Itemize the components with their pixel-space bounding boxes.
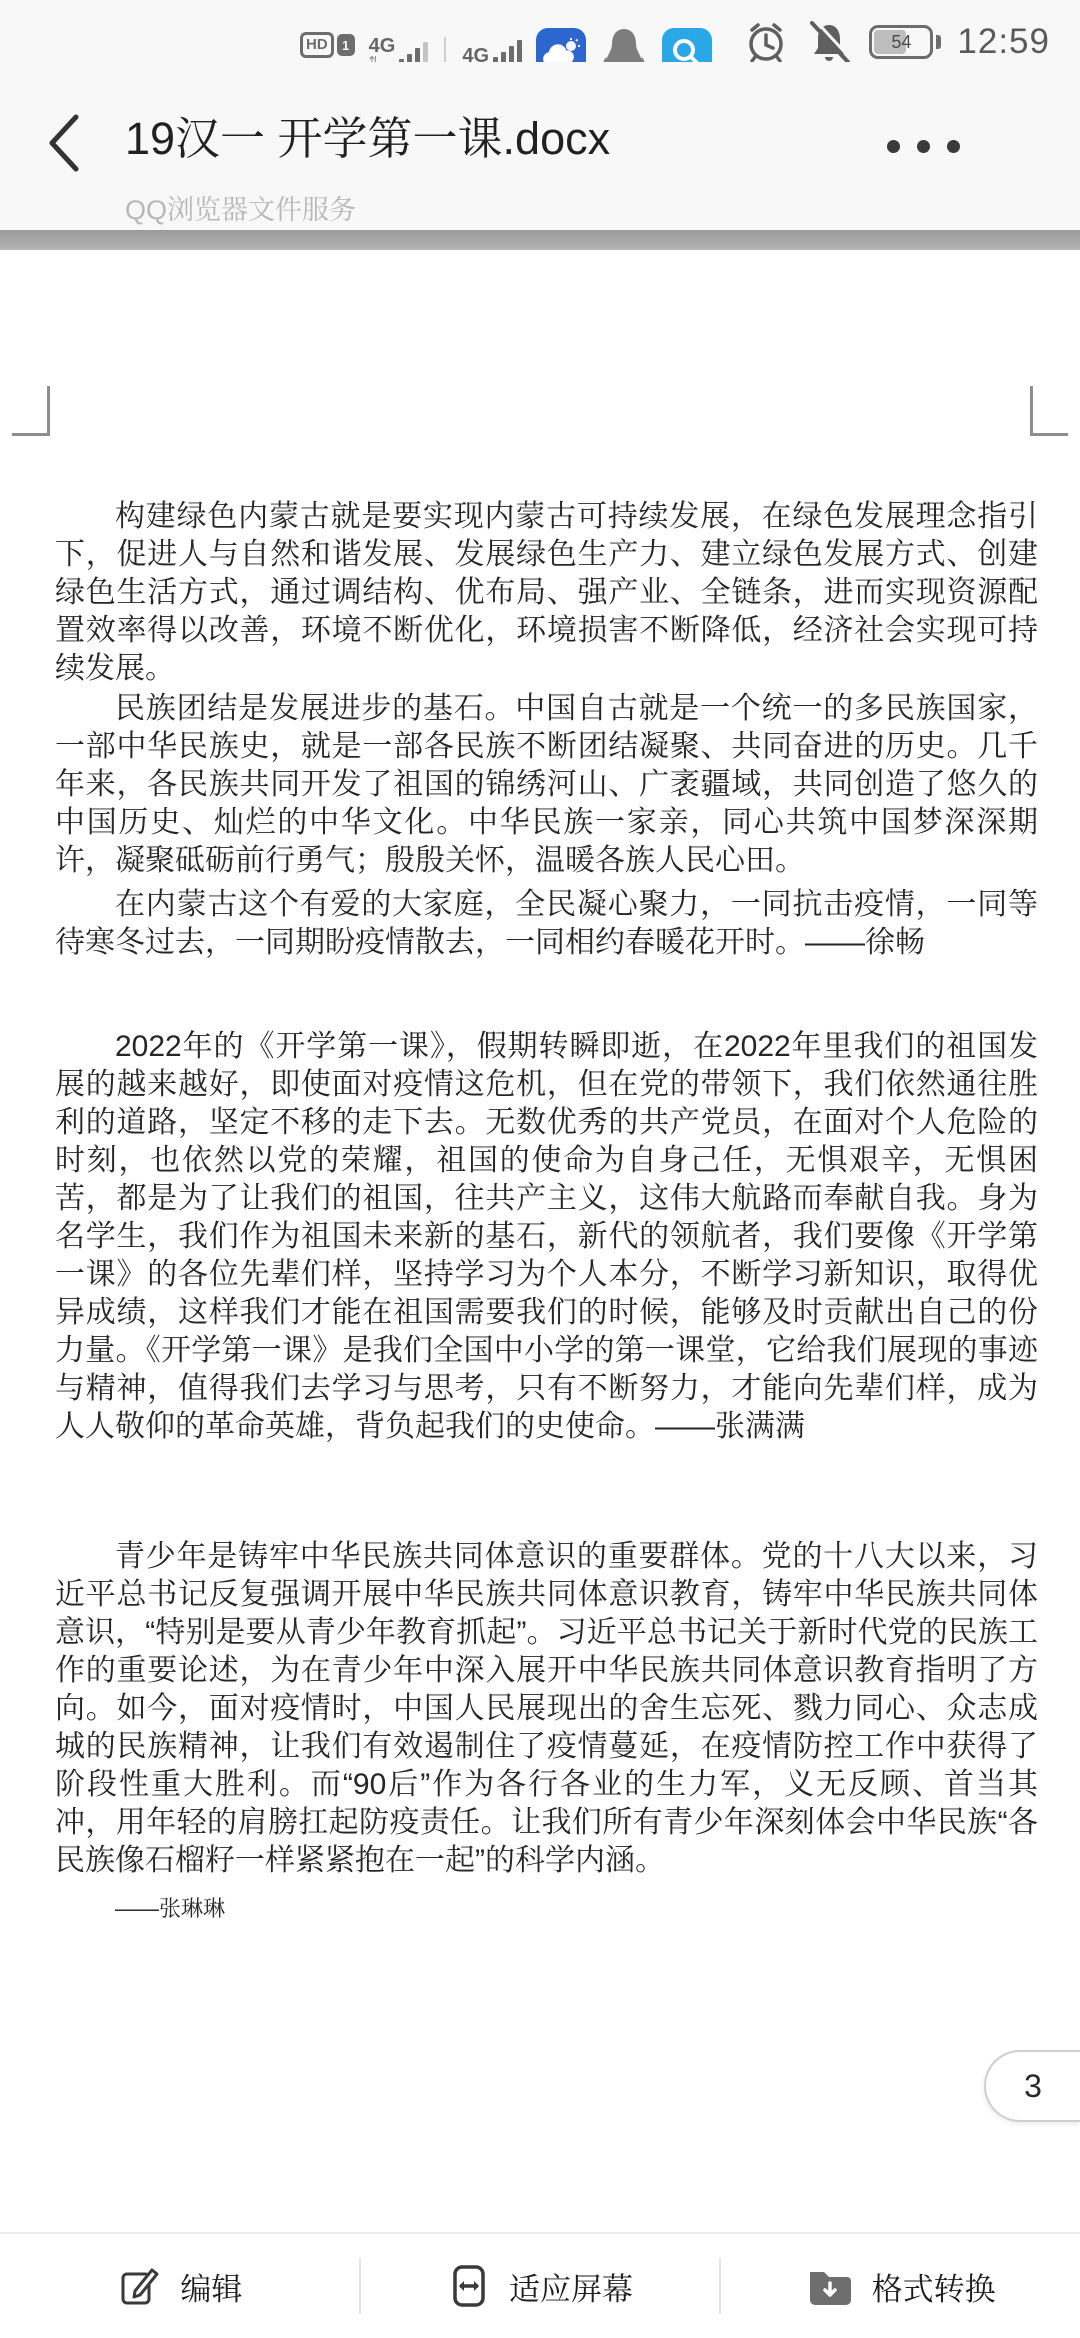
battery-percent: 54: [872, 28, 930, 56]
margin-corner-right: [1030, 386, 1068, 436]
header-separator-band: [0, 230, 1080, 250]
document-page[interactable]: 构建绿色内蒙古就是要实现内蒙古可持续发展，在绿色发展理念指引下，促进人与自然和谐…: [0, 250, 1080, 2232]
margin-corner-left: [12, 386, 50, 436]
chevron-left-icon: [46, 112, 82, 174]
paragraph: 2022年的《开学第一课》，假期转瞬即逝，在2022年里我们的祖国发展的越来越好…: [55, 1028, 1038, 1446]
notification-mute-bell-icon: [805, 18, 853, 66]
document-text: 构建绿色内蒙古就是要实现内蒙古可持续发展，在绿色发展理念指引下，促进人与自然和谐…: [0, 250, 1080, 1924]
signal-sim2-icon: 4G: [462, 39, 522, 65]
page-number-indicator[interactable]: 3: [984, 2050, 1080, 2122]
status-bar: HD 1 HD 2 4G ⇅ 4G: [0, 0, 1080, 62]
hd1-icon: HD 1: [300, 32, 355, 58]
fit-screen-button[interactable]: 适应屏幕: [361, 2234, 720, 2338]
paragraph: 在内蒙古这个有爱的大家庭，全民凝心聚力，一同抗击疫情，一同等待寒冬过去，一同期盼…: [55, 886, 1038, 962]
more-menu-button[interactable]: [887, 140, 960, 153]
bottom-toolbar: 编辑 适应屏幕 格式转换: [0, 2232, 1080, 2338]
back-button[interactable]: [42, 108, 86, 178]
page-number: 3: [1024, 2068, 1042, 2105]
paragraph: 民族团结是发展进步的基石。中国自古就是一个统一的多民族国家，一部中华民族史，就是…: [55, 690, 1038, 880]
battery-icon: 54: [869, 25, 941, 59]
edit-button[interactable]: 编辑: [0, 2234, 359, 2338]
paragraph: 青少年是铸牢中华民族共同体意识的重要群体。党的十八大以来，习近平总书记反复强调开…: [55, 1538, 1038, 1880]
fit-width-icon: [447, 2263, 491, 2309]
folder-download-icon: [806, 2264, 854, 2308]
phone-screen: HD 1 HD 2 4G ⇅ 4G: [0, 0, 1080, 2338]
format-convert-button[interactable]: 格式转换: [721, 2234, 1080, 2338]
signature-line: ——张琳琳: [55, 1894, 1038, 1924]
status-time: 12:59: [957, 22, 1050, 62]
signal-bars-icon: [493, 39, 522, 65]
document-title: 19汉一 开学第一课.docx: [125, 84, 610, 194]
paragraph: 构建绿色内蒙古就是要实现内蒙古可持续发展，在绿色发展理念指引下，促进人与自然和谐…: [55, 498, 1038, 688]
edit-pencil-icon: [116, 2263, 162, 2309]
title-bar: 19汉一 开学第一课.docx QQ浏览器文件服务: [0, 62, 1080, 230]
battery-nub: [936, 35, 941, 49]
alarm-clock-icon: [743, 19, 789, 65]
